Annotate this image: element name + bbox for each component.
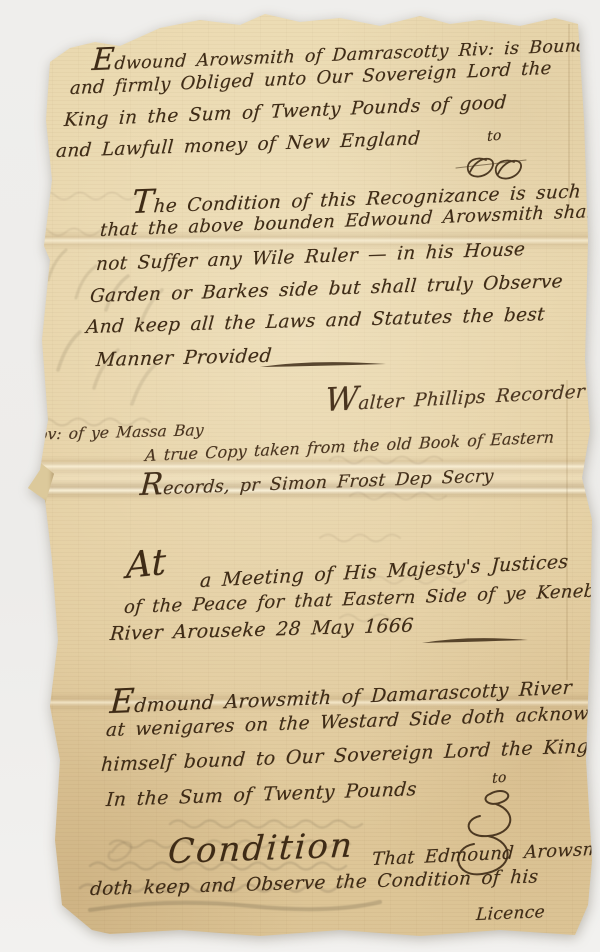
manuscript-line: In the Sum of Twenty Pounds (105, 780, 417, 809)
manuscript-line: Licence (475, 904, 545, 923)
manuscript-line: and Lawfull money of New England (55, 130, 420, 160)
manuscript-line: himself bound to Our Sovereign Lord the … (100, 737, 589, 774)
torn-flap (22, 462, 54, 504)
paper-sheet: Edwound Arowsmith of Damrascotty Riv: is… (0, 0, 600, 952)
manuscript-line: doth keep and Observe the Condition of h… (89, 868, 539, 898)
vertical-crease (566, 380, 568, 680)
pen-dash-flourish-icon (420, 634, 532, 646)
clerk-signature: Records, pr Simon Frost Dep Secry (139, 457, 495, 500)
manuscript-line: to (492, 771, 507, 786)
manuscript-lead-word: At (126, 546, 166, 585)
pen-dash-flourish-icon (258, 358, 390, 370)
recorder-signature: Walter Phillips Recorder (324, 371, 586, 416)
manuscript-line: River Arouseke 28 May 1666 (109, 616, 414, 643)
manuscript-line: And keep all the Laws and Statutes the b… (85, 306, 545, 336)
manuscript-line: not Suffer any Wile Ruler — in his House (95, 241, 525, 274)
manuscript-line: Manner Provided (95, 347, 272, 369)
photo-background: Edwound Arowsmith of Damrascotty Riv: is… (0, 0, 600, 952)
manuscript-line: King in the Sum of Twenty Pounds of good (63, 94, 507, 129)
manuscript-line: That Edmound Arowsmith (371, 839, 600, 868)
manuscript-line: to (487, 129, 502, 144)
manuscript-lead-word: Condition (167, 829, 355, 868)
province-caption: Prov: of ye Massa Bay (19, 423, 204, 443)
manuscript-line: of the Peace for that Eastern Side of ye… (123, 581, 600, 616)
manuscript-photo: Edwound Arowsmith of Damrascotty Riv: is… (0, 0, 600, 952)
manuscript-line: Garden or Barkes side but shall truly Ob… (89, 273, 563, 305)
